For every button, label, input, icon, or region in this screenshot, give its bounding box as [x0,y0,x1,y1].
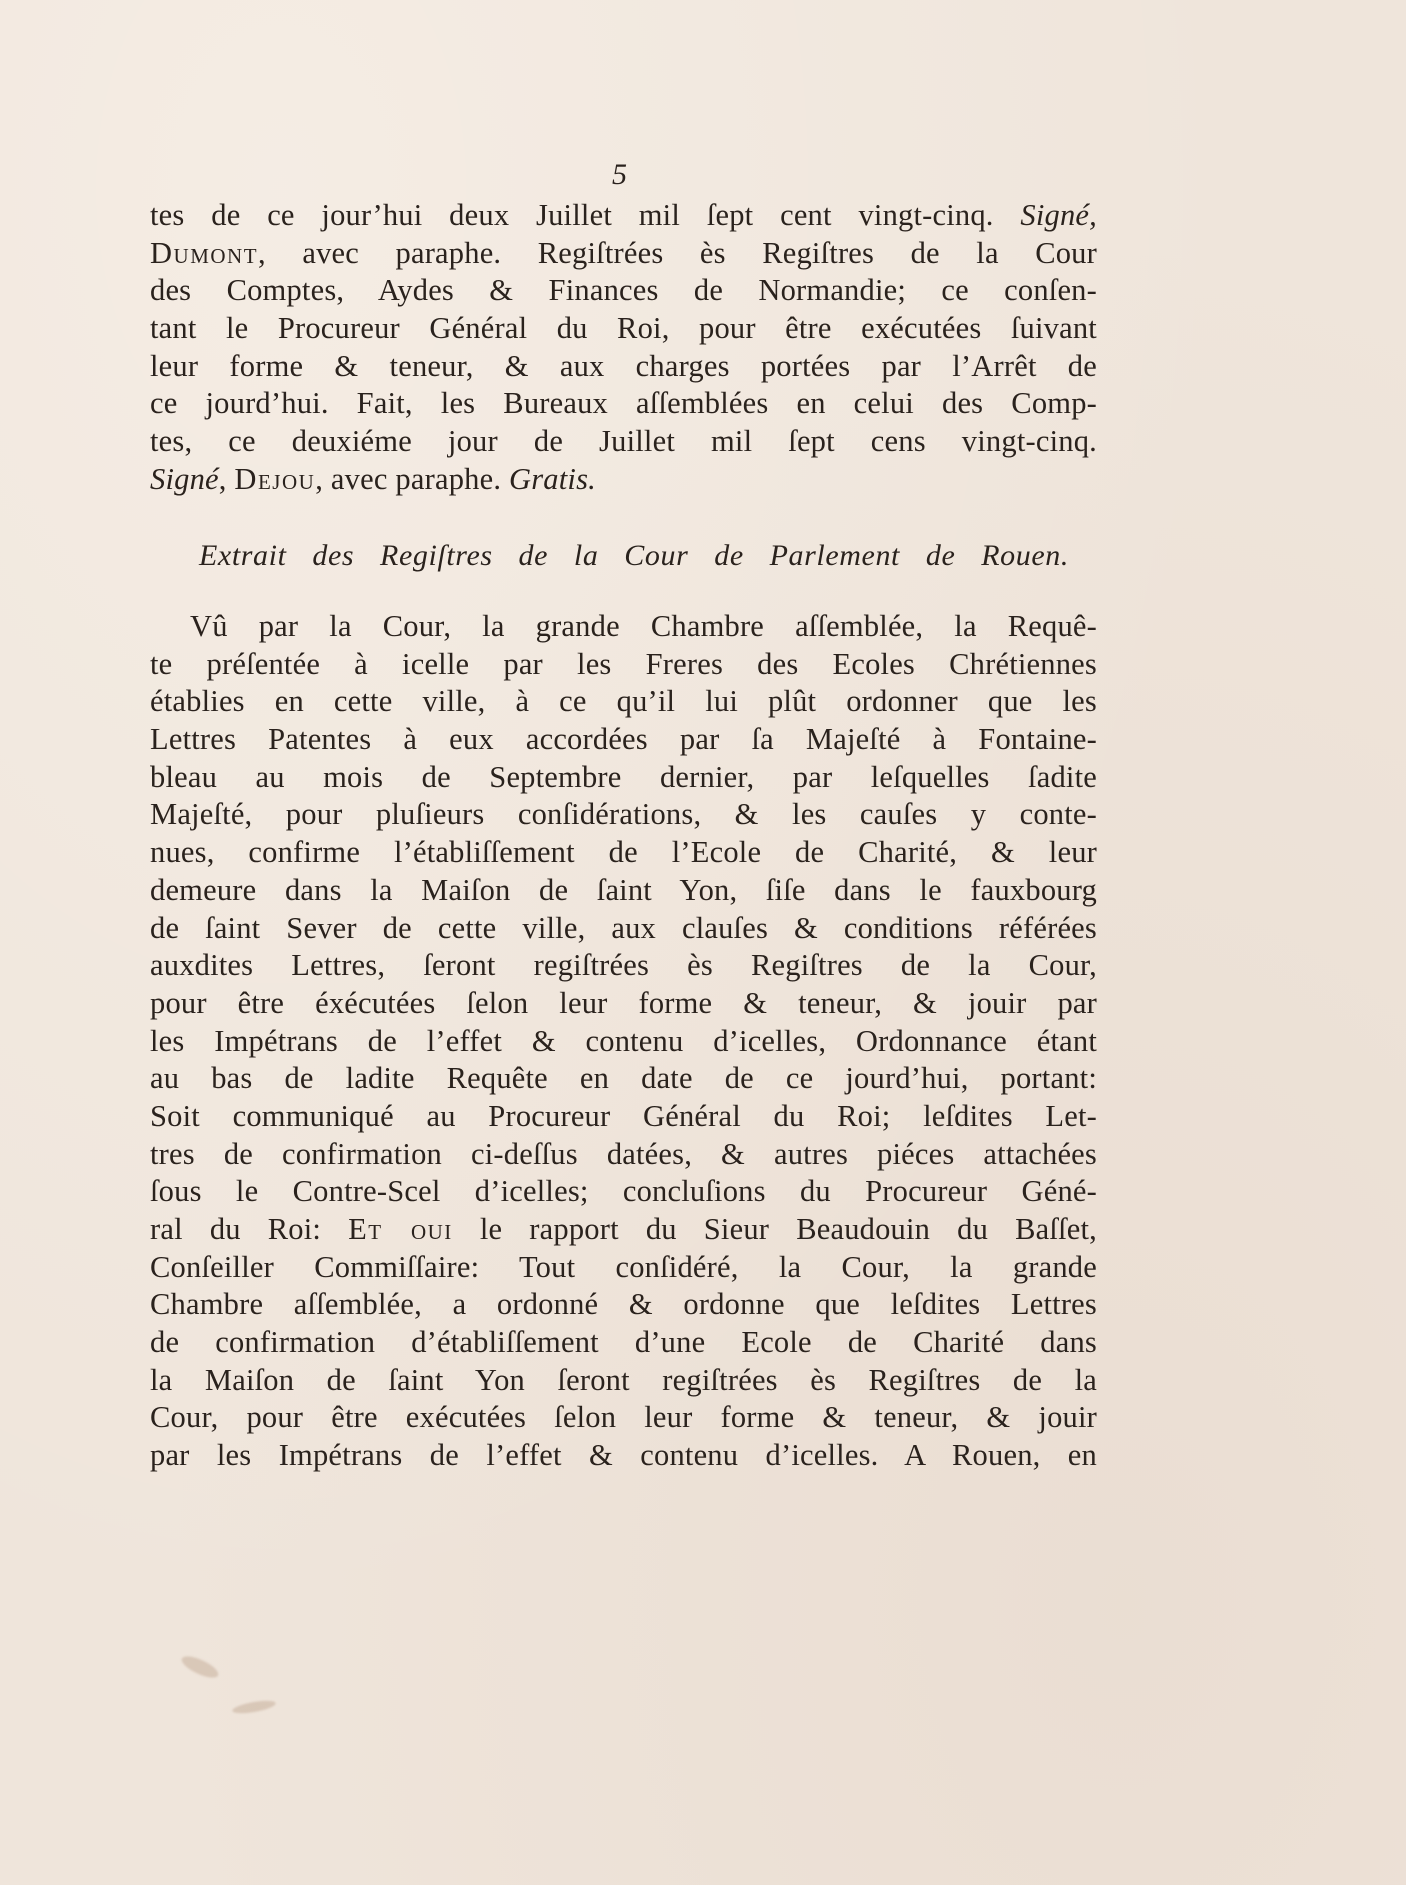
line-text: par les Impétrans de l’effet & contenu d… [150,1438,1097,1472]
signe-italic: Signé [150,462,219,496]
signatory-name: Dumont [150,236,258,270]
text-line: Conſeiller Commiſſaire: Tout conſidéré, … [150,1249,1097,1287]
text-line: bleau au mois de Septembre dernier, par … [150,759,1097,797]
text-line: Cour, pour être exécutées ſelon leur for… [150,1399,1097,1437]
line-text: Lettres Patentes à eux accordées par ſa … [150,722,1097,756]
paragraph-2: Vû par la Cour, la grande Chambre aſſemb… [150,608,1097,1475]
text-line: ſous le Contre-Scel d’icelles; concluſio… [150,1173,1097,1211]
text-line: des Comptes, Aydes & Finances de Normand… [150,272,1097,310]
text-line: tes de ce jour’hui deux Juillet mil ſept… [150,197,1097,235]
text-line: tres de confirmation ci-deſſus datées, &… [150,1136,1097,1174]
line-text: te préſentée à icelle par les Freres des… [150,647,1097,681]
text-line: Signé, Dejou, avec paraphe. Gratis. [150,461,1097,499]
line-text: Vû par la Cour, la grande Chambre aſſemb… [190,609,1097,643]
line-text: des Comptes, Aydes & Finances de Normand… [150,273,1097,307]
signatory-name: Dejou [234,462,315,496]
signe-italic: Signé, [1020,198,1097,232]
page-number: 5 [612,160,627,190]
text-line: leur forme & teneur, & aux charges porté… [150,348,1097,386]
separator: , [219,462,227,496]
line-text: tant le Procureur Général du Roi, pour ê… [150,311,1097,345]
line-text: nues, confirme l’établiſſement de l’Ecol… [150,835,1097,869]
line-text: leur forme & teneur, & aux charges porté… [150,349,1097,383]
text-line: nues, confirme l’établiſſement de l’Ecol… [150,834,1097,872]
line-text: Conſeiller Commiſſaire: Tout conſidéré, … [150,1250,1097,1284]
text-line: Vû par la Cour, la grande Chambre aſſemb… [150,608,1097,646]
line-text: , avec paraphe. [315,462,501,496]
separator: , [258,236,266,270]
text-line: Chambre aſſemblée, a ordonné & ordonne q… [150,1286,1097,1324]
line-text: Soit communiqué au Procureur Général du … [150,1099,1097,1133]
text-line: les Impétrans de l’effet & contenu d’ice… [150,1023,1097,1061]
line-text: la Maiſon de ſaint Yon ſeront regiſtrées… [150,1363,1097,1397]
text-line: auxdites Lettres, ſeront regiſtrées ès R… [150,947,1097,985]
line-text: demeure dans la Maiſon de ſaint Yon, ſiſ… [150,873,1097,907]
text-line: de confirmation d’établiſſement d’une Ec… [150,1324,1097,1362]
et-oui-caps: Et oui [348,1212,453,1246]
text-line: Soit communiqué au Procureur Général du … [150,1098,1097,1136]
text-line: la Maiſon de ſaint Yon ſeront regiſtrées… [150,1362,1097,1400]
line-text: ce jourd’hui. Fait, les Bureaux aſſemblé… [150,386,1097,420]
text-line: Majeſté, pour pluſieurs conſidérations, … [150,796,1097,834]
text-line: pour être éxécutées ſelon leur forme & t… [150,985,1097,1023]
text-line: tant le Procureur Général du Roi, pour ê… [150,310,1097,348]
line-text: tes de ce jour’hui deux Juillet mil ſept… [150,198,994,232]
paragraph-1: tes de ce jour’hui deux Juillet mil ſept… [150,197,1097,499]
line-text: tes, ce deuxiéme jour de Juillet mil ſep… [150,424,1097,458]
text-line: tes, ce deuxiéme jour de Juillet mil ſep… [150,423,1097,461]
gratis-italic: Gratis. [509,462,596,496]
line-text: de confirmation d’établiſſement d’une Ec… [150,1325,1097,1359]
line-text: le rapport du Sieur Beaudouin du Baſſet, [480,1212,1097,1246]
line-text: établies en cette ville, à ce qu’il lui … [150,684,1097,718]
line-text: les Impétrans de l’effet & contenu d’ice… [150,1024,1097,1058]
text-line: établies en cette ville, à ce qu’il lui … [150,683,1097,721]
line-text: ral du Roi: [150,1212,321,1246]
text-line: Lettres Patentes à eux accordées par ſa … [150,721,1097,759]
line-text: de ſaint Sever de cette ville, aux clauſ… [150,911,1097,945]
line-text: ſous le Contre-Scel d’icelles; concluſio… [150,1174,1097,1208]
text-line: par les Impétrans de l’effet & contenu d… [150,1437,1097,1475]
text-line: Dumont, avec paraphe. Regiſtrées ès Regi… [150,235,1097,273]
line-text: Majeſté, pour pluſieurs conſidérations, … [150,797,1097,831]
text-line: te préſentée à icelle par les Freres des… [150,646,1097,684]
line-text: avec paraphe. Regiſtrées ès Regiſtres de… [302,236,1097,270]
text-line: au bas de ladite Requête en date de ce j… [150,1060,1097,1098]
line-text: Cour, pour être exécutées ſelon leur for… [150,1400,1097,1434]
text-line: de ſaint Sever de cette ville, aux clauſ… [150,910,1097,948]
text-line: demeure dans la Maiſon de ſaint Yon, ſiſ… [150,872,1097,910]
text-line: ce jourd’hui. Fait, les Bureaux aſſemblé… [150,385,1097,423]
line-text: Chambre aſſemblée, a ordonné & ordonne q… [150,1287,1097,1321]
line-text: pour être éxécutées ſelon leur forme & t… [150,986,1097,1020]
line-text: tres de confirmation ci-deſſus datées, &… [150,1137,1097,1171]
line-text: auxdites Lettres, ſeront regiſtrées ès R… [150,948,1097,982]
line-text: au bas de ladite Requête en date de ce j… [150,1061,1097,1095]
section-heading: Extrait des Regiſtres de la Cour de Parl… [199,537,1069,574]
line-text: bleau au mois de Septembre dernier, par … [150,760,1097,794]
text-line: ral du Roi: Et oui le rapport du Sieur B… [150,1211,1097,1249]
